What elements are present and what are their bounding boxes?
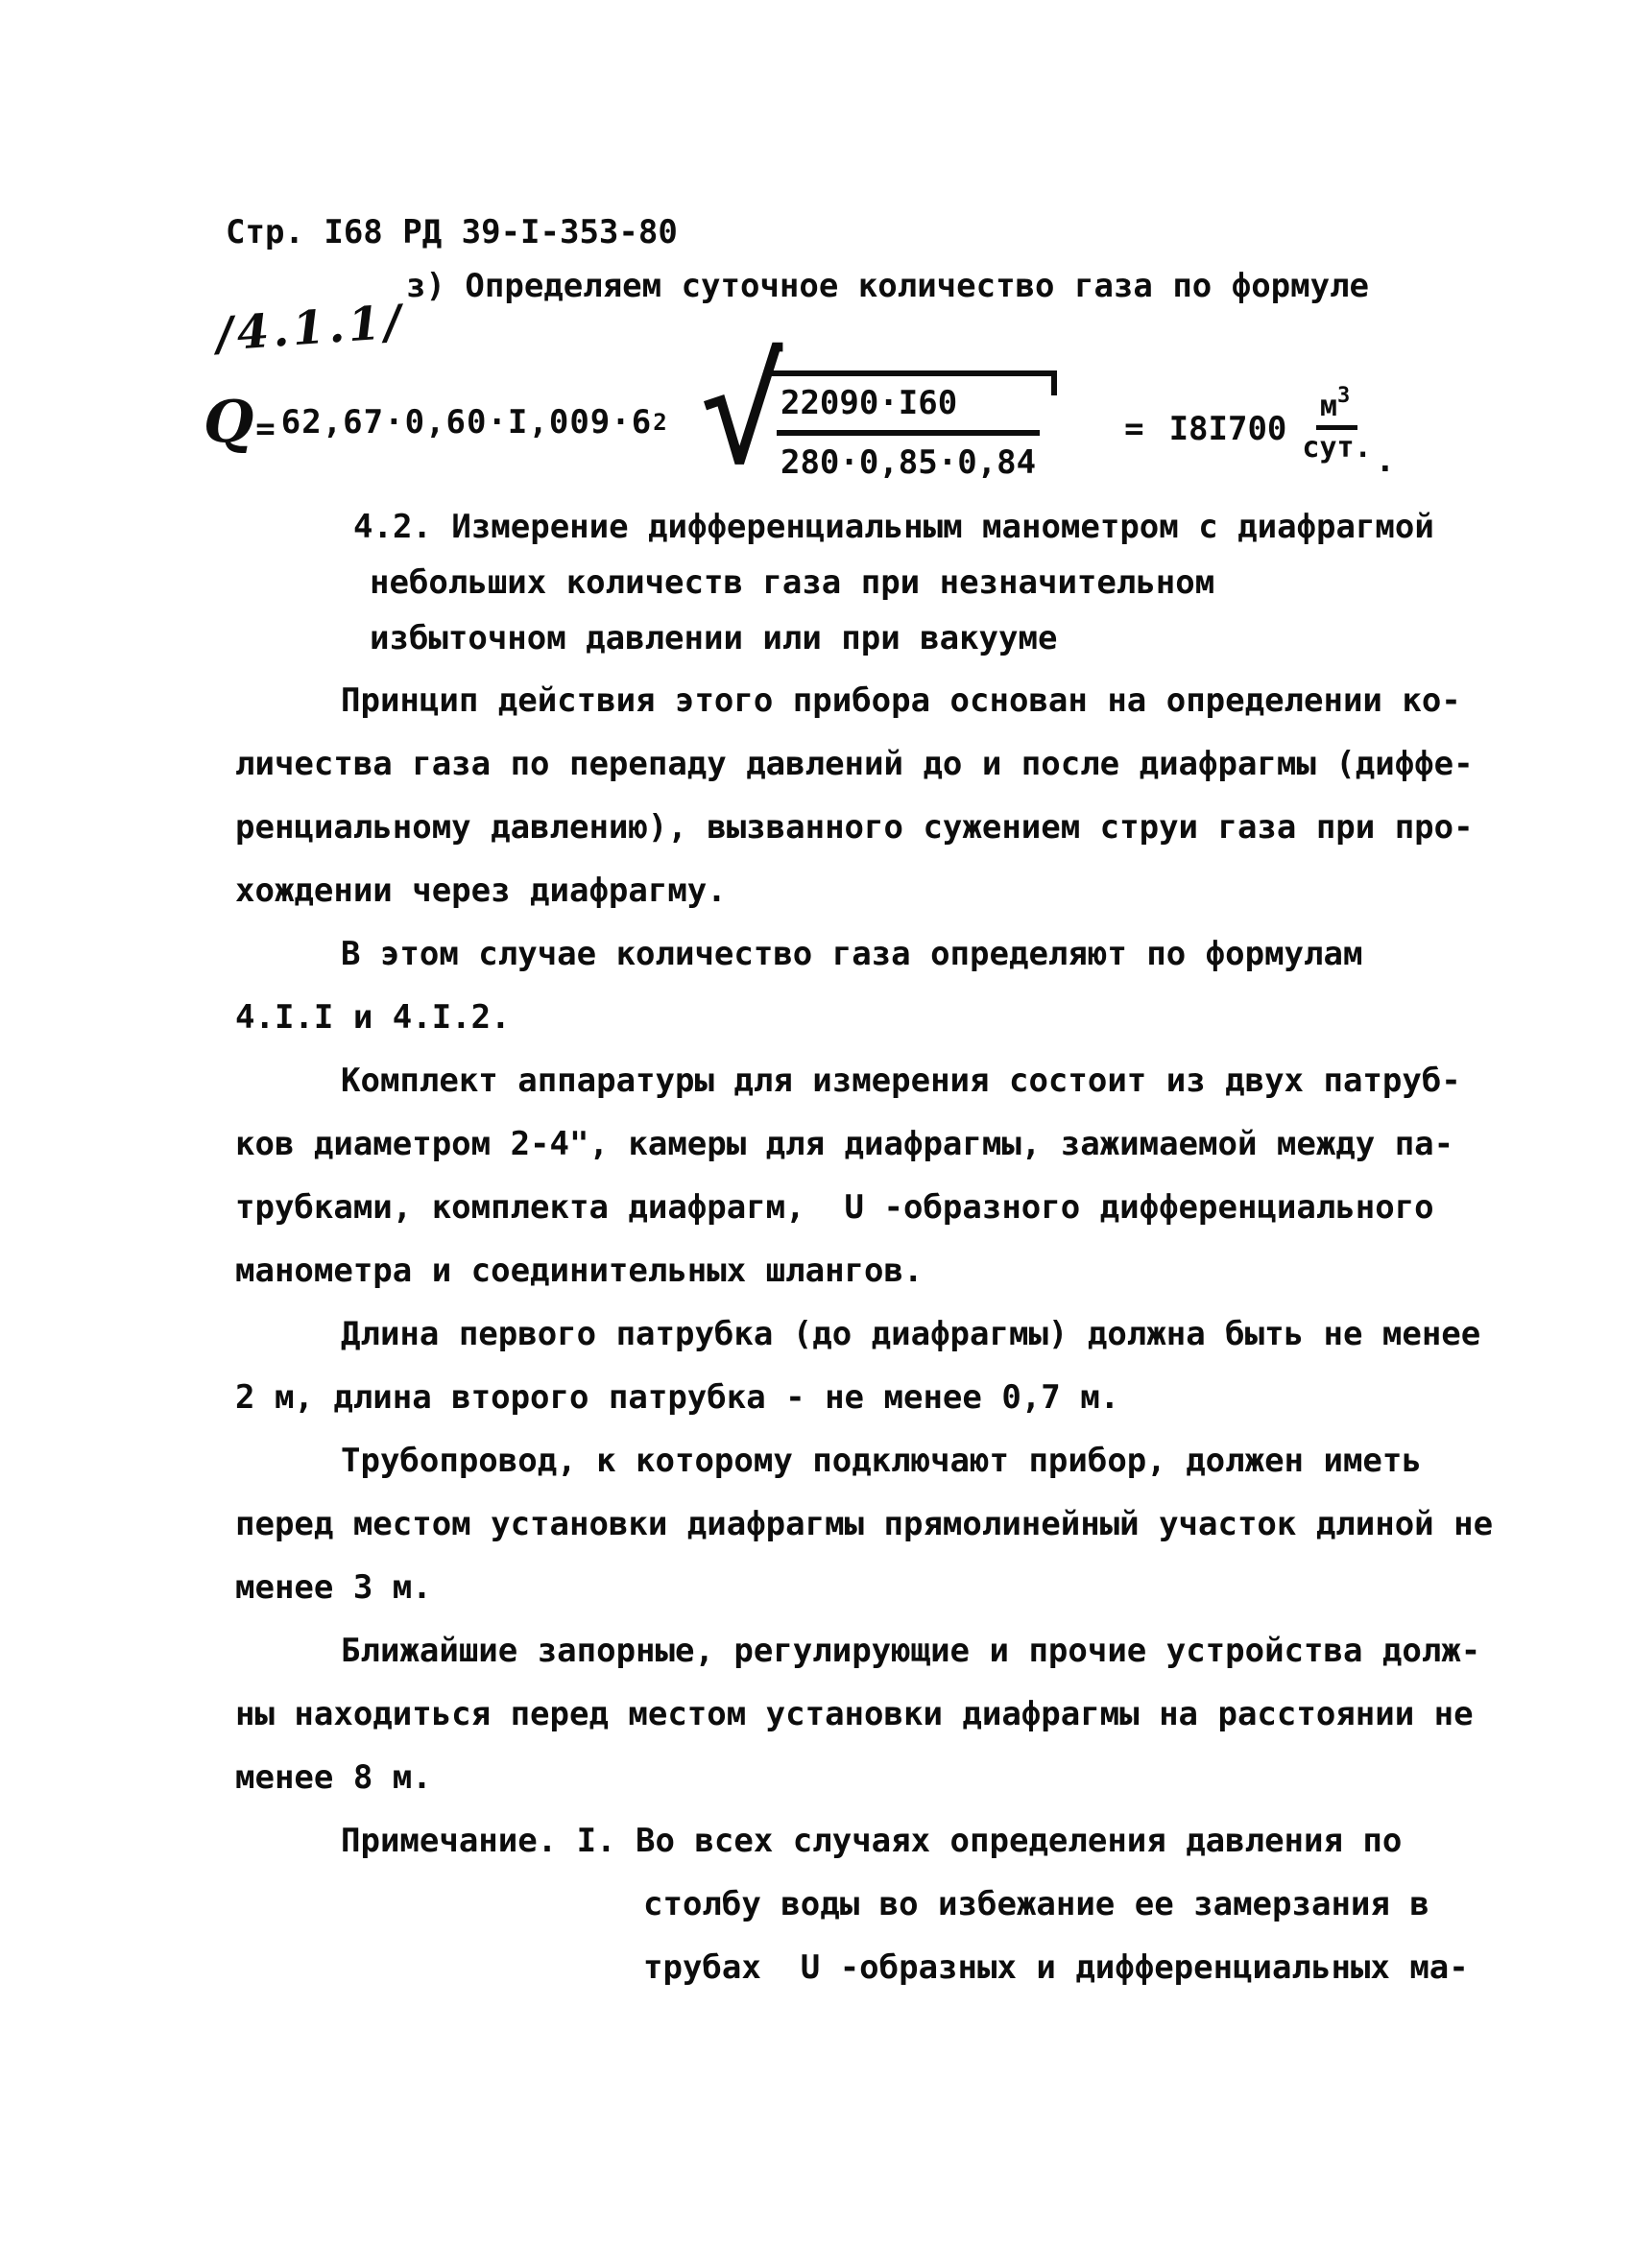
section-heading-line: небольших количеств газа при незначитель…: [370, 555, 1633, 610]
paragraph-line: Ближайшие запорные, регулирующие и прочи…: [341, 1619, 1633, 1683]
formula-intro-line: з) Определяем суточное количество газа п…: [406, 267, 1369, 305]
section-heading-line: 4.2. Измерение дифференциальным манометр…: [353, 499, 1633, 555]
paragraph-line: ны находиться перед местом установки диа…: [235, 1683, 1633, 1746]
formula-block: Q = 62,67·0,60·I,009·62 √ 22090·I60 280·…: [204, 363, 1395, 482]
paragraph-line: В этом случае количество газа определяют…: [341, 922, 1633, 986]
formula-exponent: 2: [653, 409, 666, 436]
equals-sign: =: [1124, 410, 1143, 448]
paragraph-line: хождении через диафрагму.: [235, 859, 1633, 922]
paragraph-line: менее 3 м.: [235, 1556, 1633, 1619]
paragraph-line: менее 8 м.: [235, 1746, 1633, 1809]
note-line: Примечание. I. Во всех случаях определен…: [341, 1809, 1633, 1873]
paragraph-line: ренциальному давлению), вызванного сужен…: [235, 796, 1633, 859]
note-line: трубах U -образных и дифференциальных ма…: [643, 1936, 1633, 1999]
paragraph-line: 2 м, длина второго патрубка - не менее 0…: [235, 1366, 1633, 1429]
paragraph-line: Принцип действия этого прибора основан н…: [341, 669, 1633, 732]
unit-denominator: сут.: [1302, 430, 1371, 465]
square-root-expression: √ 22090·I60 280·0,85·0,84: [700, 363, 1057, 482]
document-body: 4.2. Измерение дифференциальным манометр…: [0, 499, 1633, 1999]
note-line: столбу воды во избежание ее замерзания в: [643, 1873, 1633, 1936]
formula-result: I8I700: [1169, 410, 1287, 448]
paragraph-line: личества газа по перепаду давлений до и …: [235, 732, 1633, 796]
paragraph-line: Трубопровод, к которому подключают прибо…: [341, 1429, 1633, 1492]
unit-fraction: м3 сут.: [1302, 380, 1371, 465]
fraction-numerator: 22090·I60: [777, 384, 1040, 436]
page-number-header: Стр. I68 РД 39-I-353-80: [226, 213, 678, 251]
paragraph-line: манометра и соединительных шлангов.: [235, 1239, 1633, 1302]
equals-sign: =: [255, 410, 275, 448]
fraction-denominator: 280·0,85·0,84: [777, 436, 1040, 482]
formula-coefficients: 62,67·0,60·I,009·6: [281, 403, 652, 442]
radicand-fraction: 22090·I60 280·0,85·0,84: [771, 370, 1057, 482]
paragraph-line: ков диаметром 2-4", камеры для диафрагмы…: [235, 1112, 1633, 1176]
unit-exponent: 3: [1337, 384, 1350, 408]
paragraph-line: перед местом установки диафрагмы прямоли…: [235, 1492, 1633, 1556]
paragraph-line: 4.I.I и 4.I.2.: [235, 986, 1633, 1049]
formula-period: .: [1376, 442, 1395, 480]
section-heading-line: избыточном давлении или при вакууме: [370, 610, 1633, 666]
paragraph-line: Комплект аппаратуры для измерения состои…: [341, 1049, 1633, 1112]
formula-quantity-symbol: Q: [204, 394, 253, 451]
paragraph-line: трубками, комплекта диафрагм, U -образно…: [235, 1176, 1633, 1239]
paragraph-line: Длина первого патрубка (до диафрагмы) до…: [341, 1302, 1633, 1366]
document-page: Стр. I68 РД 39-I-353-80 з) Определяем су…: [0, 0, 1633, 2268]
handwritten-formula-reference: /4.1.1/: [214, 295, 406, 362]
unit-numerator: м3: [1316, 380, 1357, 430]
